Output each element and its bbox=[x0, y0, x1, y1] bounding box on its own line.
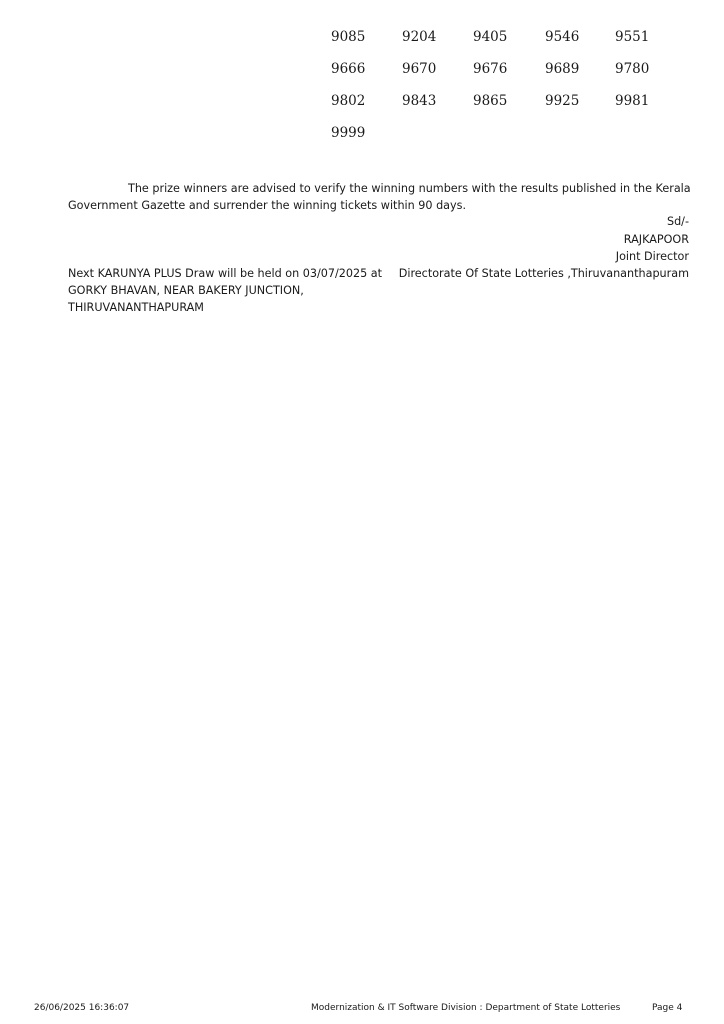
winning-number: 9670 bbox=[402, 60, 436, 78]
next-draw-line-3: THIRUVANANTHAPURAM bbox=[68, 299, 204, 316]
winning-number: 9676 bbox=[473, 60, 507, 78]
signatory-designation: Joint Director bbox=[616, 248, 689, 265]
signatory-name: RAJKAPOOR bbox=[624, 231, 689, 248]
winning-number: 9666 bbox=[331, 60, 365, 78]
signatory-office: Directorate Of State Lotteries ,Thiruvan… bbox=[399, 265, 689, 282]
next-draw-line-1: Next KARUNYA PLUS Draw will be held on 0… bbox=[68, 265, 382, 282]
winning-number: 9689 bbox=[545, 60, 579, 78]
winning-number: 9546 bbox=[545, 28, 579, 46]
winning-number: 9085 bbox=[331, 28, 365, 46]
winning-number: 9865 bbox=[473, 92, 507, 110]
footer-page-number: Page 4 bbox=[652, 1002, 682, 1014]
winning-number: 9780 bbox=[615, 60, 649, 78]
winning-number: 9981 bbox=[615, 92, 649, 110]
next-draw-line-2: GORKY BHAVAN, NEAR BAKERY JUNCTION, bbox=[68, 282, 304, 299]
winning-number: 9925 bbox=[545, 92, 579, 110]
winning-number: 9802 bbox=[331, 92, 365, 110]
winning-number: 9551 bbox=[615, 28, 649, 46]
winning-number: 9999 bbox=[331, 124, 365, 142]
winning-number: 9405 bbox=[473, 28, 507, 46]
footer-division: Modernization & IT Software Division : D… bbox=[311, 1002, 620, 1014]
signature-sd: Sd/- bbox=[667, 213, 689, 230]
notice-line-1: The prize winners are advised to verify … bbox=[128, 180, 691, 197]
notice-line-2: Government Gazette and surrender the win… bbox=[68, 197, 466, 214]
winning-number: 9843 bbox=[402, 92, 436, 110]
footer-timestamp: 26/06/2025 16:36:07 bbox=[34, 1002, 129, 1014]
winning-number: 9204 bbox=[402, 28, 436, 46]
